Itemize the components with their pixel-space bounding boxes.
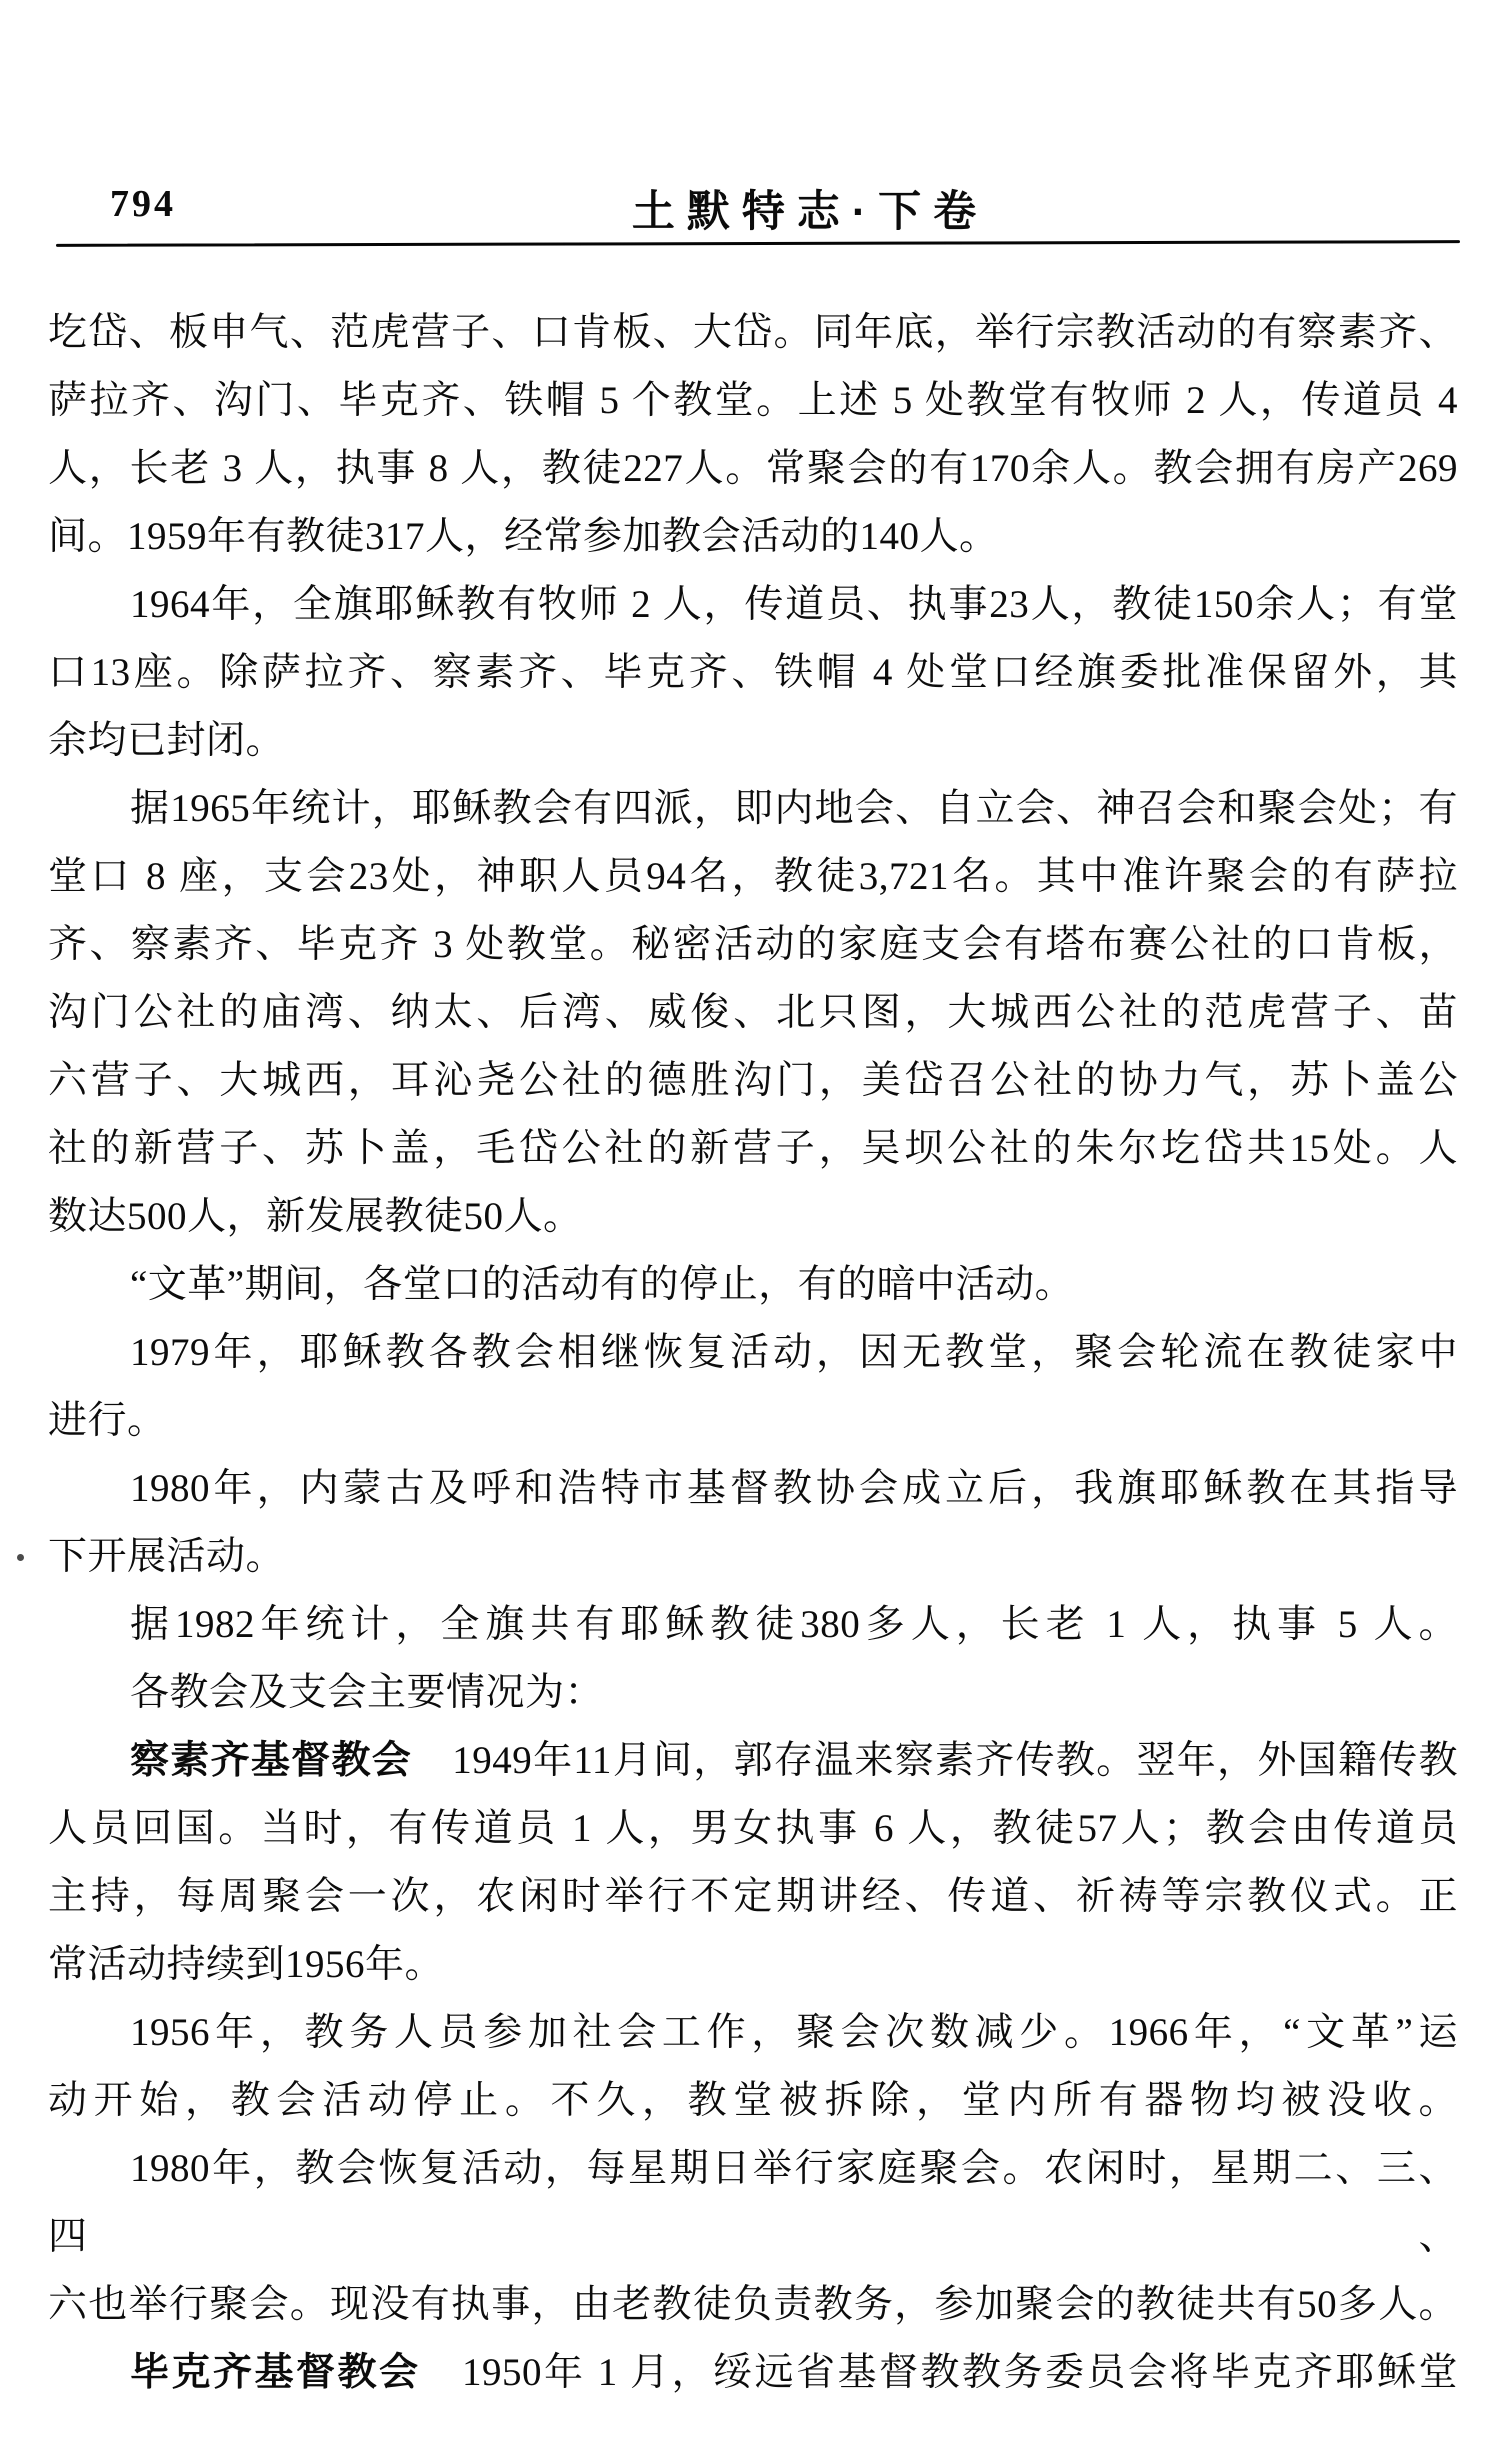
scanned-page: 794 土默特志·下卷 圪岱、板申气、范虎营子、口肯板、大岱。同年底，举行宗教活… [0, 0, 1500, 2451]
text-line: 1980年，内蒙古及呼和浩特市基督教协会成立后，我旗耶稣教在其指导 [48, 1455, 1458, 1523]
text-line: 六营子、大城西，耳沁尧公社的德胜沟门，美岱召公社的协力气，苏卜盖公 [48, 1047, 1458, 1115]
text-line: 据1982年统计，全旗共有耶稣教徒380多人，长老 1 人，执事 5 人。 [48, 1591, 1458, 1659]
text-line: 察素齐基督教会 1949年11月间，郭存温来察素齐传教。翌年，外国籍传教 [48, 1727, 1458, 1795]
book-title: 土默特志·下卷 [0, 178, 1500, 239]
text-line: 沟门公社的庙湾、纳太、后湾、威俊、北只图，大城西公社的范虎营子、苗 [48, 979, 1458, 1047]
text-line: 萨拉齐、沟门、毕克齐、铁帽 5 个教堂。上述 5 处教堂有牧师 2 人，传道员 … [48, 367, 1458, 435]
scan-artifact-dot [17, 1554, 24, 1561]
text-line: 余均已封闭。 [48, 707, 1458, 775]
text-line: 常活动持续到1956年。 [48, 1931, 1458, 1999]
text-line: 据1965年统计，耶稣教会有四派，即内地会、自立会、神召会和聚会处；有 [48, 775, 1458, 843]
text-line: 人，长老 3 人，执事 8 人，教徒227人。常聚会的有170余人。教会拥有房产… [48, 435, 1458, 503]
text-line: 圪岱、板申气、范虎营子、口肯板、大岱。同年底，举行宗教活动的有察素齐、 [48, 299, 1458, 367]
section-heading: 察素齐基督教会 [130, 1739, 412, 1782]
text-line: 间。1959年有教徒317人，经常参加教会活动的140人。 [48, 503, 1458, 571]
text-line: 主持，每周聚会一次，农闲时举行不定期讲经、传道、祈祷等宗教仪式。正 [48, 1863, 1458, 1931]
text-line: 堂口 8 座，支会23处，神职人员94名，教徒3,721名。其中准许聚会的有萨拉 [48, 843, 1458, 911]
text-line: 社的新营子、苏卜盖，毛岱公社的新营子，吴坝公社的朱尔圪岱共15处。人 [48, 1115, 1458, 1183]
text-line: 1956年，教务人员参加社会工作，聚会次数减少。1966年，“文革”运 [48, 1999, 1458, 2067]
text-line: 1964年，全旗耶稣教有牧师 2 人，传道员、执事23人，教徒150余人；有堂 [48, 571, 1458, 639]
text-line: 六也举行聚会。现没有执事，由老教徒负责教务，参加聚会的教徒共有50多人。 [48, 2271, 1458, 2339]
text-line: 各教会及支会主要情况为： [48, 1659, 1458, 1727]
page-body: 圪岱、板申气、范虎营子、口肯板、大岱。同年底，举行宗教活动的有察素齐、萨拉齐、沟… [48, 299, 1458, 2407]
text-line: “文革”期间，各堂口的活动有的停止，有的暗中活动。 [48, 1251, 1458, 1319]
section-heading: 毕克齐基督教会 [130, 2351, 421, 2394]
running-head: 794 土默特志·下卷 [0, 178, 1500, 234]
text-line: 进行。 [48, 1387, 1458, 1455]
text-line: 1979年，耶稣教各教会相继恢复活动，因无教堂，聚会轮流在教徒家中 [48, 1319, 1458, 1387]
text-line: 动开始，教会活动停止。不久，教堂被拆除，堂内所有器物均被没收。 [48, 2067, 1458, 2135]
text-line: 数达500人，新发展教徒50人。 [48, 1183, 1458, 1251]
text-line: 下开展活动。 [48, 1523, 1458, 1591]
text-line: 1980年，教会恢复活动，每星期日举行家庭聚会。农闲时，星期二、三、四、 [48, 2135, 1458, 2271]
header-rule [56, 240, 1460, 247]
text-line: 口13座。除萨拉齐、察素齐、毕克齐、铁帽 4 处堂口经旗委批准保留外，其 [48, 639, 1458, 707]
text-line: 人员回国。当时，有传道员 1 人，男女执事 6 人，教徒57人；教会由传道员 [48, 1795, 1458, 1863]
text-line: 齐、察素齐、毕克齐 3 处教堂。秘密活动的家庭支会有塔布赛公社的口肯板， [48, 911, 1458, 979]
text-line: 毕克齐基督教会 1950年 1 月，绥远省基督教教务委员会将毕克齐耶稣堂 [48, 2339, 1458, 2407]
